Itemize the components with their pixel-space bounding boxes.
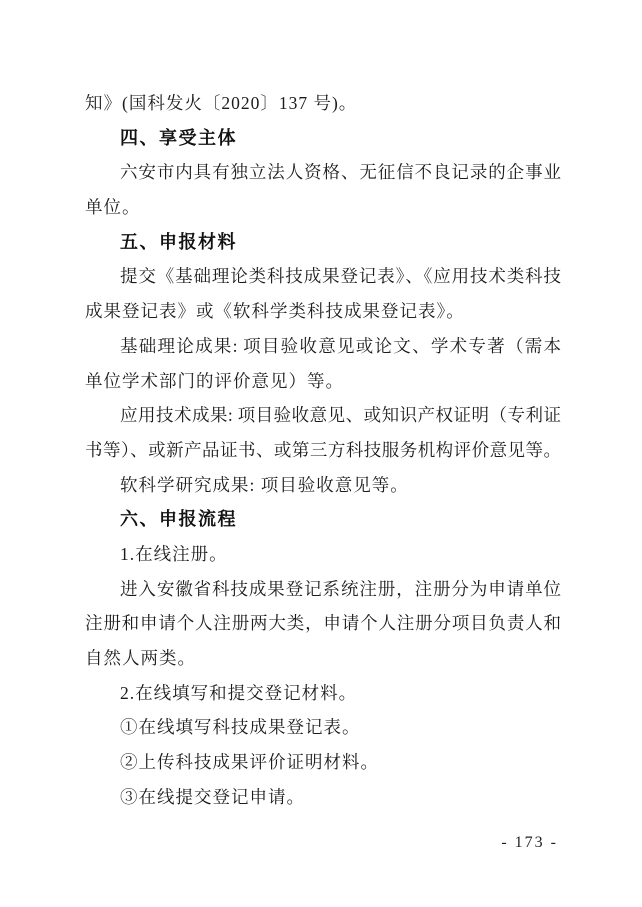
doc-text-line: ①在线填写科技成果登记表。: [85, 710, 561, 745]
doc-text-line: 书等）、或新产品证书、或第三方科技服务机构评价意见等。: [85, 433, 561, 468]
doc-text-line: ②上传科技成果评价证明材料。: [85, 745, 561, 780]
doc-text-line: 单位。: [85, 190, 561, 225]
doc-text-line: 软科学研究成果: 项目验收意见等。: [85, 468, 561, 503]
section-heading: 四、享受主体: [85, 121, 561, 156]
doc-text-line: 六安市内具有独立法人资格、无征信不良记录的企事业: [85, 155, 561, 190]
doc-text-line: 知》(国科发火〔2020〕137 号)。: [85, 86, 561, 121]
doc-text-line: 1.在线注册。: [85, 537, 561, 572]
doc-text-line: 2.在线填写和提交登记材料。: [85, 676, 561, 711]
doc-text-line: ③在线提交登记申请。: [85, 780, 561, 815]
doc-text-line: 基础理论成果: 项目验收意见或论文、学术专著（需本: [85, 329, 561, 364]
document-page: 知》(国科发火〔2020〕137 号)。 四、享受主体 六安市内具有独立法人资格…: [0, 0, 642, 907]
doc-text-line: 进入安徽省科技成果登记系统注册，注册分为申请单位: [85, 572, 561, 607]
doc-text-line: 成果登记表》或《软科学类科技成果登记表》。: [85, 294, 561, 329]
document-body: 知》(国科发火〔2020〕137 号)。 四、享受主体 六安市内具有独立法人资格…: [85, 86, 561, 814]
section-heading: 六、申报流程: [85, 502, 561, 537]
doc-text-line: 提交《基础理论类科技成果登记表》、《应用技术类科技: [85, 259, 561, 294]
doc-text-line: 自然人两类。: [85, 641, 561, 676]
doc-text-line: 注册和申请个人注册两大类，申请个人注册分项目负责人和: [85, 606, 561, 641]
section-heading: 五、申报材料: [85, 225, 561, 260]
doc-text-line: 应用技术成果: 项目验收意见、或知识产权证明（专利证: [85, 398, 561, 433]
doc-text-line: 单位学术部门的评价意见）等。: [85, 364, 561, 399]
page-number: - 173 -: [501, 834, 558, 852]
